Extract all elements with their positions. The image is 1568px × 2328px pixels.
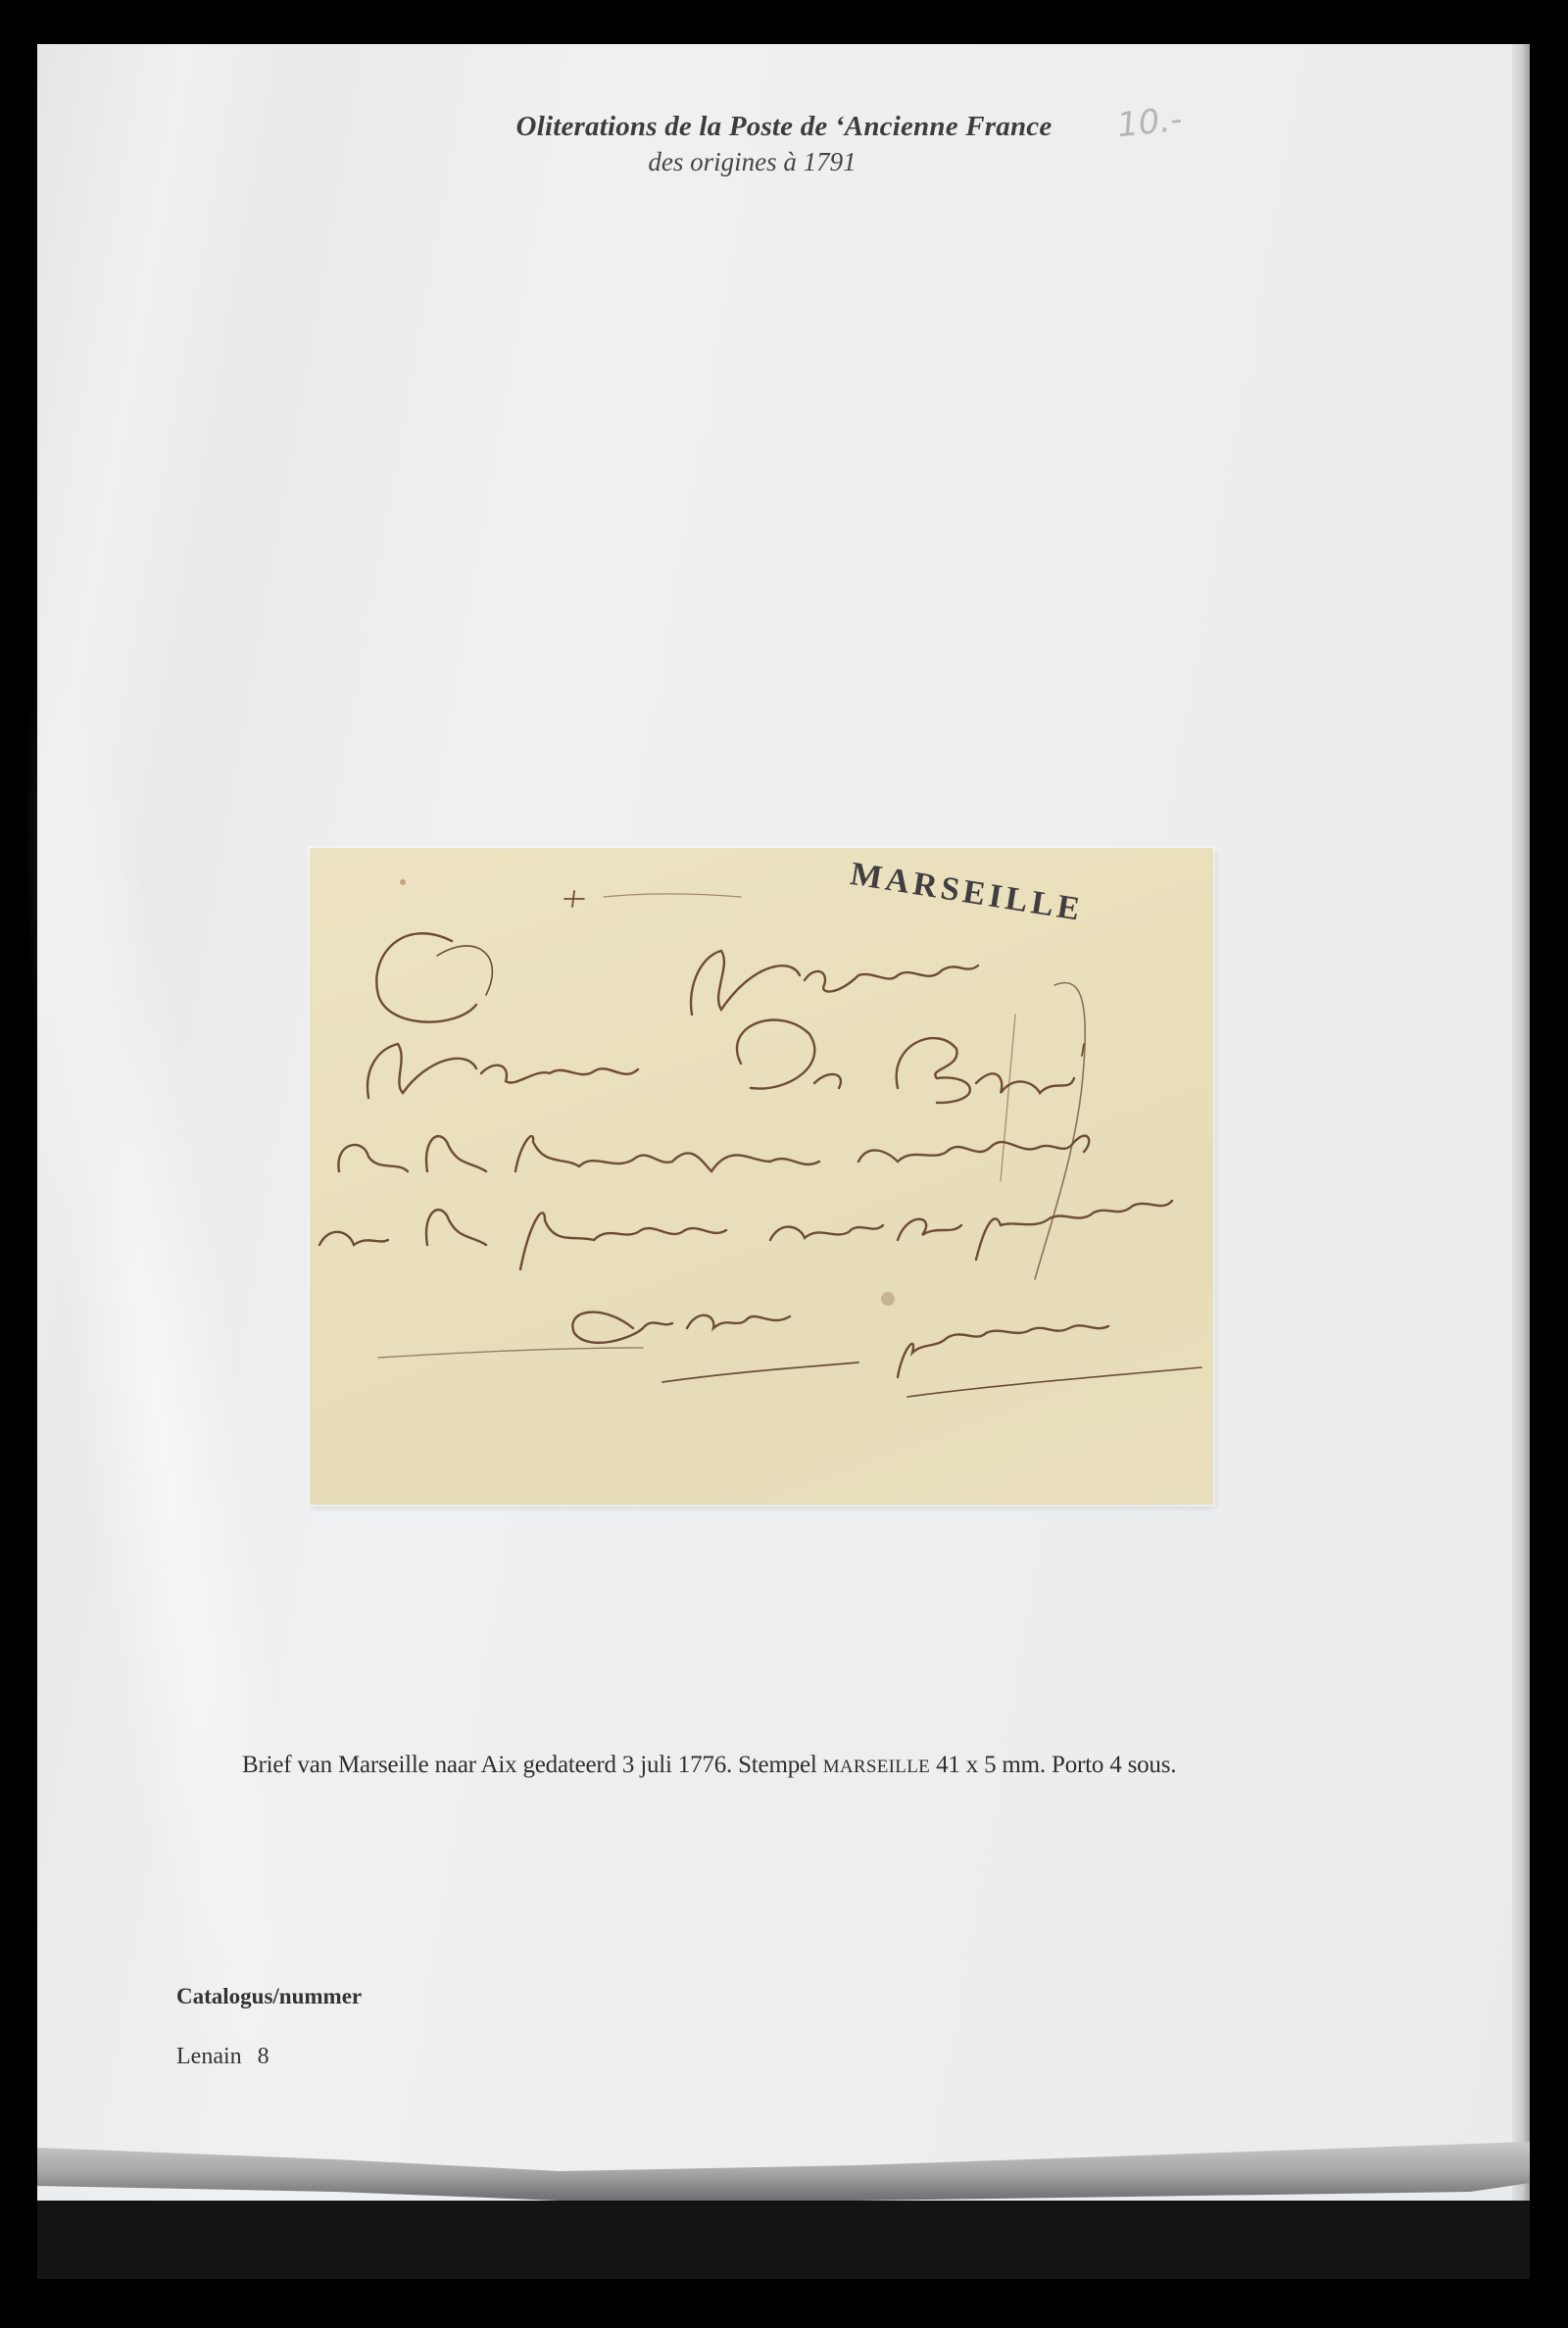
catalogue-label: Catalogus/nummer (176, 1984, 362, 2009)
sleeve-edge (1512, 44, 1530, 2201)
handwritten-price-note: 10.- (1115, 100, 1184, 146)
caption-text-before: Brief van Marseille naar Aix gedateerd 3… (242, 1752, 823, 1778)
handwriting-strokes (310, 848, 1213, 1505)
page-title: Oliterations de la Poste de ‘Ancienne Fr… (0, 111, 1568, 143)
caption-stamp-name: MARSEILLE (823, 1757, 930, 1777)
page-subtitle: des origines à 1791 (0, 147, 1504, 177)
catalogue-number: 8 (258, 2044, 269, 2069)
catalogue-value: Lenain8 (176, 2044, 269, 2070)
background-surface (37, 2201, 1530, 2279)
postal-cover: MARSEILLE (310, 848, 1213, 1505)
catalogue-reference: Lenain (176, 2044, 242, 2069)
cover-description: Brief van Marseille naar Aix gedateerd 3… (242, 1752, 1176, 1779)
caption-text-after: 41 x 5 mm. Porto 4 sous. (930, 1752, 1176, 1778)
